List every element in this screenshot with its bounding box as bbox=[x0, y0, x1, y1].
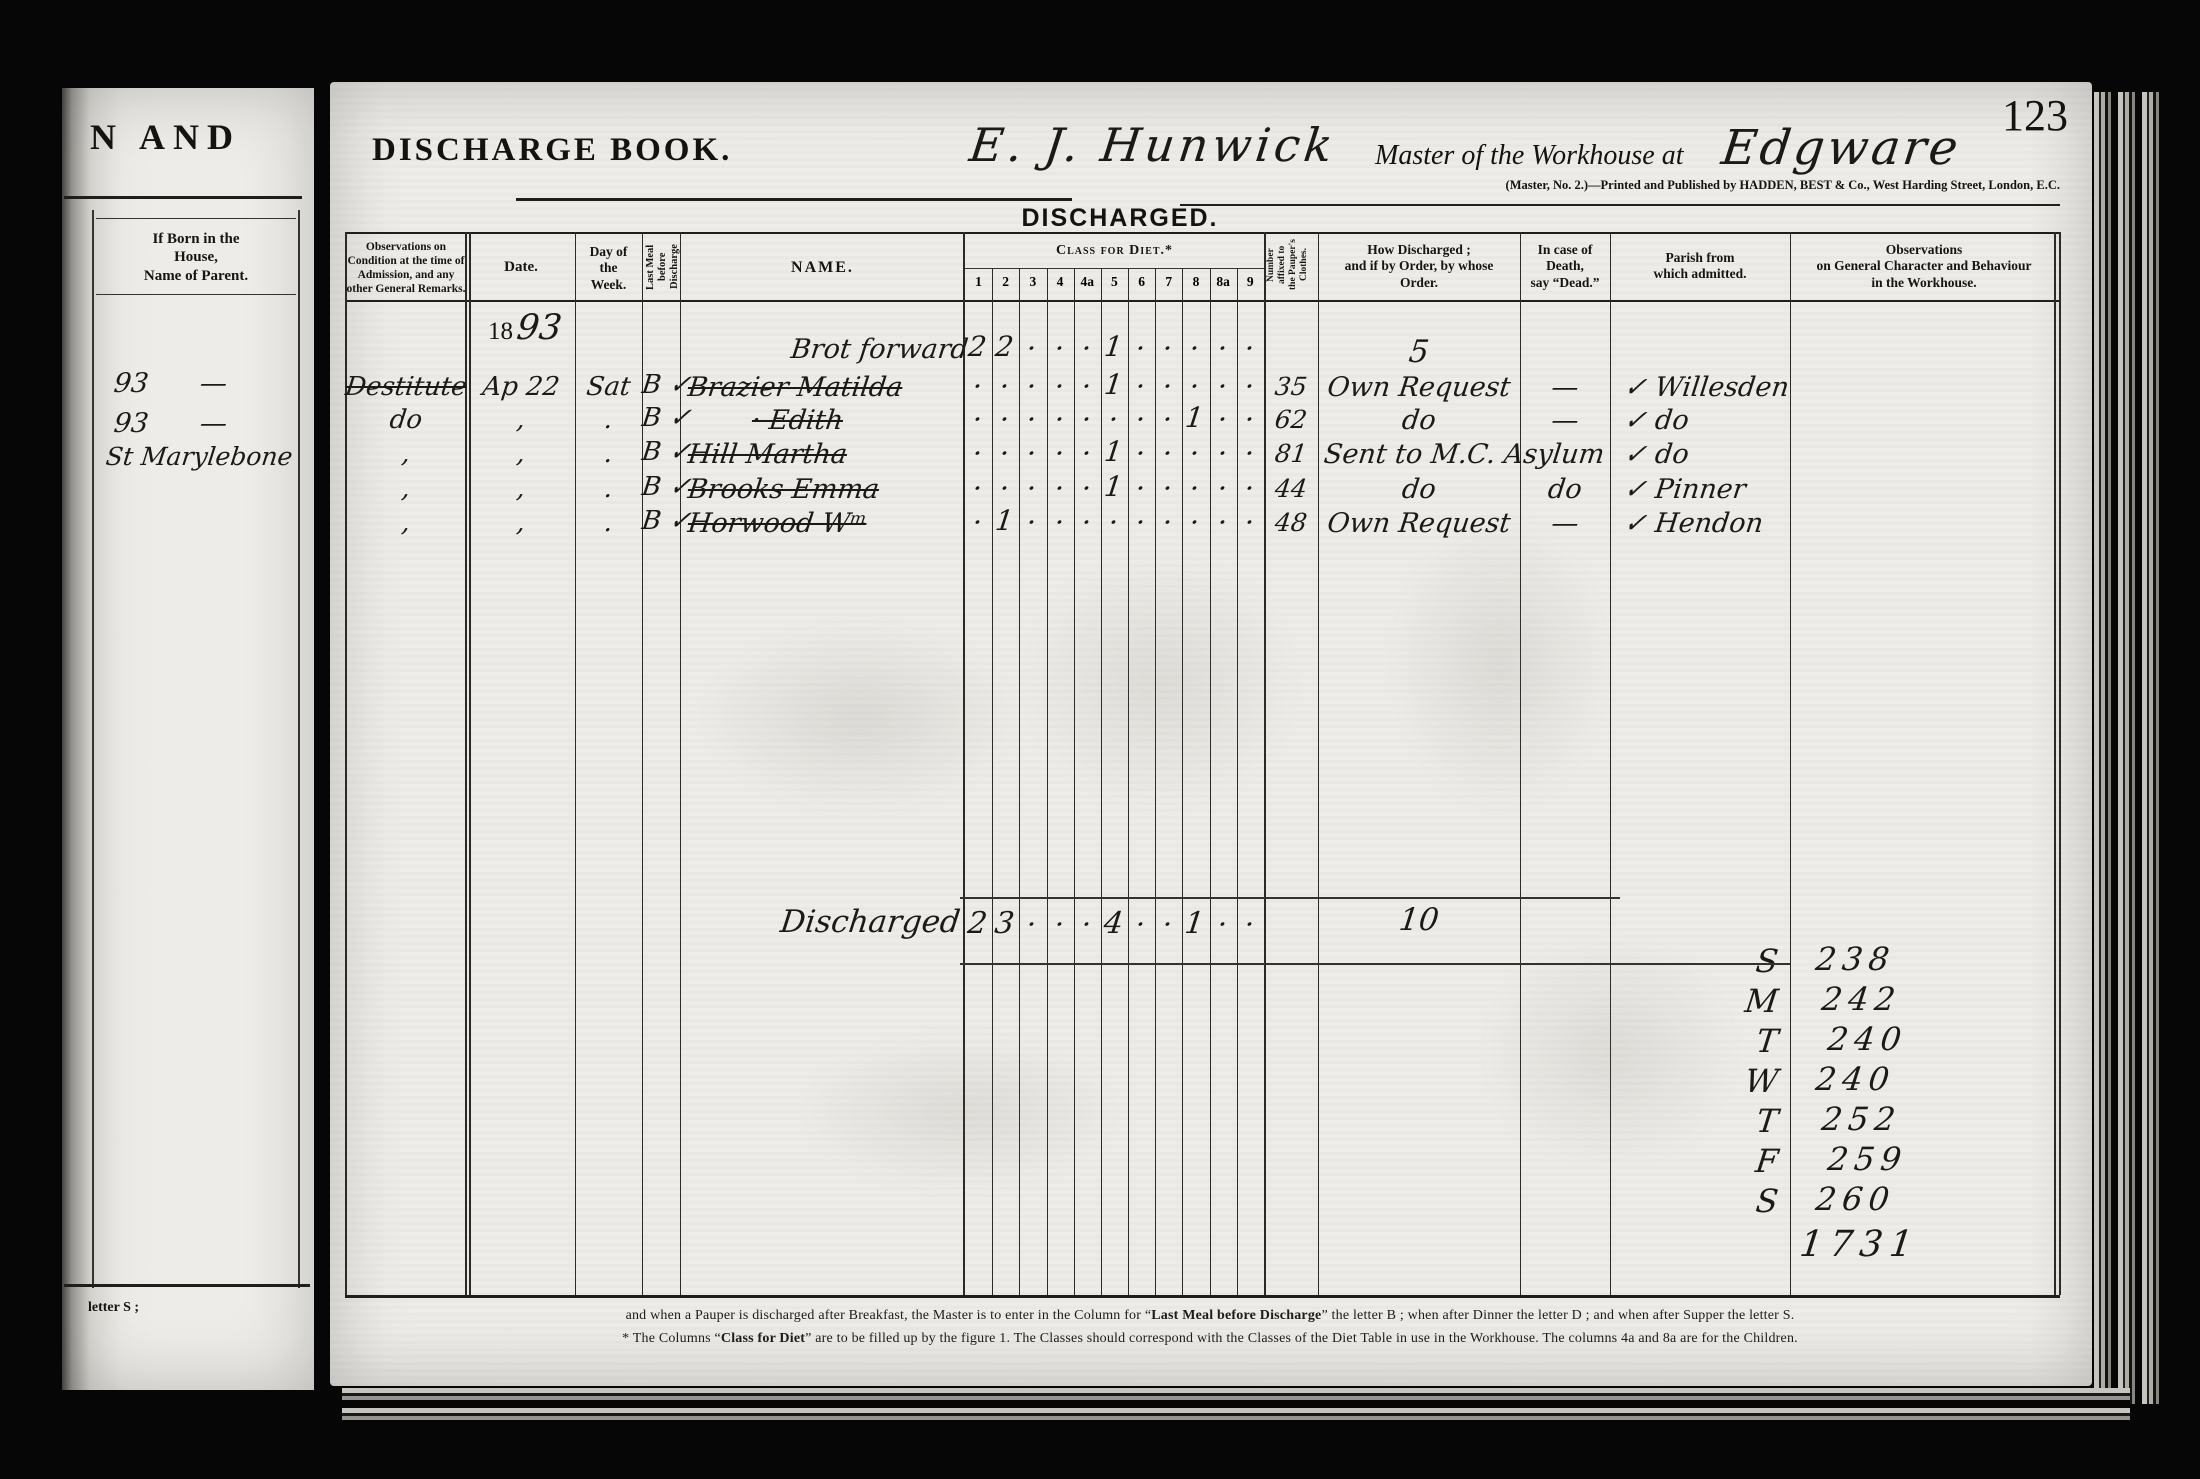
row-4-diet-5: 1 bbox=[1098, 470, 1129, 503]
row-4-diet-4a: · bbox=[1071, 476, 1101, 500]
page-stack-bottom-edge bbox=[342, 1388, 2130, 1422]
row-3-diet-4a: · bbox=[1071, 441, 1101, 465]
footnote-text: and when a Pauper is discharged after Br… bbox=[626, 1308, 1152, 1323]
row-1-diet-5: 1 bbox=[1098, 368, 1129, 401]
col-header-parish: Parish from which admitted. bbox=[1610, 250, 1790, 283]
row-1-parish: ✓ Willesden bbox=[1622, 372, 1791, 403]
discharged-section-title: DISCHARGED. bbox=[330, 204, 1910, 233]
row-1-diet-7: · bbox=[1153, 374, 1183, 398]
row-3-diet-6: · bbox=[1126, 441, 1156, 465]
row-4-name: Brooks Emma bbox=[680, 474, 970, 505]
header-rule-left bbox=[516, 198, 1072, 201]
scanned-ledger-spread: N AND If Born in the House, Name of Pare… bbox=[0, 0, 2200, 1479]
tally-day-1: M bbox=[1686, 982, 1781, 1020]
row-4-observations: , bbox=[343, 474, 469, 504]
row-5-diet-8a: · bbox=[1207, 510, 1237, 534]
row-5-diet-1: · bbox=[963, 510, 993, 534]
row-4-diet-1: · bbox=[963, 476, 993, 500]
footnote-line-1: and when a Pauper is discharged after Br… bbox=[360, 1308, 2060, 1324]
row-5-diet-8: · bbox=[1180, 510, 1210, 534]
row-1-diet-8a: · bbox=[1207, 374, 1237, 398]
row-5-diet-4: · bbox=[1044, 510, 1074, 534]
row-4-how-discharged: do bbox=[1316, 474, 1522, 505]
row-1-diet-6: · bbox=[1126, 374, 1156, 398]
left-page-title-fragment: N AND bbox=[90, 116, 241, 158]
row-0-diet-1: 2 bbox=[962, 330, 993, 363]
row-0-diet-8: · bbox=[1180, 336, 1210, 360]
diet-subheader-rule bbox=[965, 268, 1264, 269]
row-2-how-discharged: do bbox=[1316, 405, 1522, 436]
left-entry-0-text: 93 bbox=[112, 368, 150, 399]
diet-class-header: 6 bbox=[1128, 274, 1155, 290]
table-vertical-line bbox=[1790, 232, 1791, 1295]
row-4-diet-8: · bbox=[1180, 476, 1210, 500]
row-0-diet-6: · bbox=[1126, 336, 1156, 360]
footnote-text: * The Columns “ bbox=[622, 1331, 721, 1346]
left-entry-2-text: St Marylebone bbox=[104, 442, 294, 471]
left-page-col-line-left bbox=[92, 210, 94, 1288]
row-4-last-meal: B ✓ bbox=[640, 472, 682, 502]
row-4-diet-6: · bbox=[1126, 476, 1156, 500]
row-5-last-meal: B ✓ bbox=[640, 506, 682, 536]
discharge-book-title: DISCHARGE BOOK. bbox=[372, 132, 732, 169]
row-3-diet-1: · bbox=[963, 441, 993, 465]
summary-diet-7: · bbox=[1153, 912, 1183, 936]
bleed-through-smudge bbox=[800, 1032, 1120, 1192]
table-vertical-line bbox=[1610, 232, 1611, 1295]
row-5-diet-7: · bbox=[1153, 510, 1183, 534]
tally-day-6: S bbox=[1686, 1182, 1781, 1220]
row-0-how-discharged: 5 bbox=[1316, 334, 1522, 370]
row-0-name: Brot forward bbox=[680, 334, 970, 365]
row-5-observations: , bbox=[343, 508, 469, 538]
diet-class-header: 3 bbox=[1019, 274, 1046, 290]
row-3-observations: , bbox=[343, 439, 469, 469]
row-4-day: . bbox=[573, 474, 644, 504]
row-2-date: , bbox=[465, 405, 577, 435]
left-page-col-line-right bbox=[298, 210, 300, 1288]
row-2-death: — bbox=[1518, 405, 1612, 436]
row-5-diet-4a: · bbox=[1071, 510, 1101, 534]
footnote-bold-term: Class for Diet bbox=[721, 1331, 805, 1346]
row-5-parish: ✓ Hendon bbox=[1622, 508, 1765, 539]
row-3-clothes-number: 81 bbox=[1262, 439, 1320, 468]
row-1-diet-1: · bbox=[963, 374, 993, 398]
row-2-parish: ✓ do bbox=[1622, 405, 1691, 436]
tally-value-0: 238 bbox=[1814, 940, 1898, 978]
col-header-name: NAME. bbox=[680, 258, 965, 278]
footnote-text: ” the letter B ; when after Dinner the l… bbox=[1321, 1308, 1794, 1323]
row-2-diet-2: · bbox=[990, 407, 1020, 431]
col-header-in-case-of-death: In case of Death, say “Dead.” bbox=[1520, 242, 1610, 291]
tally-value-3: 240 bbox=[1814, 1060, 1898, 1098]
row-1-name: Brazier Matilda bbox=[680, 372, 970, 403]
col-header-class-for-diet: Class for Diet.* bbox=[965, 242, 1264, 259]
row-4-diet-7: · bbox=[1153, 476, 1183, 500]
tally-value-6: 260 bbox=[1814, 1180, 1898, 1218]
page-number: 123 bbox=[2002, 90, 2068, 141]
row-4-diet-3: · bbox=[1017, 476, 1047, 500]
row-2-diet-1: · bbox=[963, 407, 993, 431]
col-header-number-affixed: Number affixed to the Pauper's Clothes. bbox=[1266, 232, 1316, 298]
right-page: DISCHARGE BOOK. E. J. Hunwick Master of … bbox=[330, 82, 2092, 1386]
tally-value-4: 252 bbox=[1820, 1100, 1904, 1138]
row-2-day: . bbox=[573, 405, 644, 435]
tally-day-4: T bbox=[1686, 1102, 1781, 1140]
row-3-diet-9: · bbox=[1234, 441, 1264, 465]
row-3-diet-4: · bbox=[1044, 441, 1074, 465]
row-1-death: — bbox=[1518, 372, 1612, 403]
footnotes: and when a Pauper is discharged after Br… bbox=[360, 1308, 2060, 1354]
summary-diet-8a: · bbox=[1207, 912, 1237, 936]
diet-class-header: 2 bbox=[992, 274, 1019, 290]
row-3-parish: ✓ do bbox=[1622, 439, 1691, 470]
diet-class-header: 8 bbox=[1182, 274, 1209, 290]
master-of-workhouse-label: Master of the Workhouse at bbox=[1375, 140, 1684, 172]
row-4-diet-8a: · bbox=[1207, 476, 1237, 500]
row-5-day: . bbox=[573, 508, 644, 538]
summary-diet-6: · bbox=[1126, 912, 1156, 936]
row-3-date: , bbox=[465, 439, 577, 469]
left-entry-0-dash: — bbox=[198, 368, 229, 399]
row-0-diet-8a: · bbox=[1207, 336, 1237, 360]
row-3-diet-8: · bbox=[1180, 441, 1210, 465]
row-4-diet-2: · bbox=[990, 476, 1020, 500]
left-page-column-header: If Born in the House, Name of Parent. bbox=[98, 230, 294, 285]
row-3-diet-5: 1 bbox=[1098, 435, 1129, 468]
row-1-last-meal: B ✓ bbox=[640, 370, 682, 400]
row-5-date: , bbox=[465, 508, 577, 538]
row-1-day: Sat bbox=[573, 372, 644, 402]
col-header-general-observations: Observations on General Character and Be… bbox=[1790, 242, 2058, 291]
footnote-text: ” are to be filled up by the figure 1. T… bbox=[805, 1331, 1798, 1346]
row-2-diet-5: · bbox=[1098, 407, 1128, 431]
row-5-diet-2: 1 bbox=[989, 504, 1020, 537]
tally-day-0: S bbox=[1686, 942, 1781, 980]
row-2-diet-9: · bbox=[1234, 407, 1264, 431]
row-3-diet-8a: · bbox=[1207, 441, 1237, 465]
diet-class-header: 5 bbox=[1101, 274, 1128, 290]
row-5-diet-3: · bbox=[1017, 510, 1047, 534]
tally-value-5: 259 bbox=[1826, 1140, 1910, 1178]
col-header-last-meal: Last Meal before Discharge bbox=[645, 236, 679, 298]
col-header-date: Date. bbox=[467, 258, 575, 276]
summary-diet-8: 1 bbox=[1179, 906, 1210, 941]
row-2-last-meal: B ✓ bbox=[640, 403, 682, 433]
row-1-date: Ap 22 bbox=[465, 372, 577, 402]
row-4-parish: ✓ Pinner bbox=[1622, 474, 1747, 505]
summary-total: 10 bbox=[1316, 902, 1522, 938]
row-1-diet-2: · bbox=[990, 374, 1020, 398]
diet-class-header: 7 bbox=[1155, 274, 1182, 290]
row-5-death: — bbox=[1518, 508, 1612, 539]
row-4-date: , bbox=[465, 474, 577, 504]
row-1-observations: Destitute bbox=[343, 372, 469, 402]
left-page-bottom-rule bbox=[64, 1284, 310, 1287]
row-2-diet-8a: · bbox=[1207, 407, 1237, 431]
tally-value-1: 242 bbox=[1820, 980, 1904, 1018]
year-printed: 18 bbox=[488, 318, 513, 346]
row-0-diet-2: 2 bbox=[989, 330, 1020, 363]
row-5-how-discharged: Own Request bbox=[1316, 508, 1522, 539]
left-entry-1-dash: — bbox=[198, 408, 229, 439]
left-page-colhead-bottom bbox=[96, 294, 296, 295]
row-2-diet-6: · bbox=[1126, 407, 1156, 431]
diet-class-header: 1 bbox=[965, 274, 992, 290]
table-bottom-rule bbox=[345, 1295, 2060, 1298]
row-2-diet-3: · bbox=[1017, 407, 1047, 431]
col-header-how-discharged: How Discharged ; and if by Order, by who… bbox=[1318, 242, 1520, 291]
summary-diet-4: · bbox=[1044, 912, 1074, 936]
summary-diet-9: · bbox=[1234, 912, 1264, 936]
row-2-observations: do bbox=[343, 405, 469, 435]
row-4-diet-9: · bbox=[1234, 476, 1264, 500]
row-2-diet-4: · bbox=[1044, 407, 1074, 431]
summary-diet-4a: · bbox=[1071, 912, 1101, 936]
row-1-diet-4a: · bbox=[1071, 374, 1101, 398]
diet-class-header: 9 bbox=[1237, 274, 1264, 290]
tally-total: 1731 bbox=[1797, 1224, 1922, 1265]
table-vertical-line bbox=[2054, 232, 2056, 1295]
imprint: (Master, No. 2.)—Printed and Published b… bbox=[1180, 178, 2060, 193]
tally-day-2: T bbox=[1686, 1022, 1781, 1060]
tally-day-3: W bbox=[1686, 1062, 1781, 1100]
row-2-diet-8: 1 bbox=[1179, 401, 1210, 434]
bleed-through-smudge bbox=[1390, 512, 1610, 812]
row-0-diet-4: · bbox=[1044, 336, 1074, 360]
row-5-diet-5: · bbox=[1098, 510, 1128, 534]
diet-class-header: 4 bbox=[1047, 274, 1074, 290]
row-1-diet-3: · bbox=[1017, 374, 1047, 398]
row-3-name: Hill Martha bbox=[680, 439, 970, 470]
summary-label: Discharged bbox=[708, 904, 962, 940]
col-header-day-of-week: Day of the Week. bbox=[575, 244, 642, 293]
summary-diet-5: 4 bbox=[1098, 906, 1129, 941]
row-5-diet-6: · bbox=[1126, 510, 1156, 534]
col-header-observations: Observations on Condition at the time of… bbox=[345, 240, 467, 296]
summary-diet-3: · bbox=[1017, 912, 1047, 936]
row-3-day: . bbox=[573, 439, 644, 469]
diet-class-header: 8a bbox=[1210, 274, 1237, 290]
tally-value-2: 240 bbox=[1826, 1020, 1910, 1058]
row-0-diet-4a: · bbox=[1071, 336, 1101, 360]
row-3-diet-2: · bbox=[990, 441, 1020, 465]
left-page-colhead-top bbox=[96, 218, 296, 219]
left-entry-1-text: 93 bbox=[112, 408, 150, 439]
row-4-clothes-number: 44 bbox=[1262, 474, 1320, 503]
footnote-bold-term: Last Meal before Discharge bbox=[1151, 1308, 1321, 1323]
workhouse-name: Edgware bbox=[1719, 120, 1964, 176]
page-stack-right-edge bbox=[2094, 92, 2162, 1404]
diet-class-header: 4a bbox=[1074, 274, 1101, 290]
left-page: N AND If Born in the House, Name of Pare… bbox=[62, 88, 314, 1390]
row-3-how-discharged: Sent to M.C. Asylum bbox=[1322, 439, 1606, 470]
row-5-name: Horwood Wᵐ bbox=[680, 508, 970, 539]
row-0-diet-7: · bbox=[1153, 336, 1183, 360]
table-header-bottom-rule bbox=[345, 300, 2060, 302]
row-1-diet-8: · bbox=[1180, 374, 1210, 398]
row-4-diet-4: · bbox=[1044, 476, 1074, 500]
table-top-rule bbox=[345, 232, 2060, 234]
row-3-diet-3: · bbox=[1017, 441, 1047, 465]
row-5-clothes-number: 48 bbox=[1262, 508, 1320, 537]
left-page-header-rule bbox=[64, 196, 302, 199]
row-2-diet-7: · bbox=[1153, 407, 1183, 431]
row-0-diet-9: · bbox=[1234, 336, 1264, 360]
row-1-diet-9: · bbox=[1234, 374, 1264, 398]
row-3-last-meal: B ✓ bbox=[640, 437, 682, 467]
left-page-footnote-fragment: letter S ; bbox=[88, 1300, 139, 1316]
summary-rule-bottom bbox=[960, 963, 1790, 965]
table-vertical-line bbox=[2059, 232, 2061, 1295]
summary-rule-top bbox=[960, 897, 1620, 899]
footnote-line-2: * The Columns “Class for Diet” are to be… bbox=[360, 1331, 2060, 1347]
row-0-diet-5: 1 bbox=[1098, 330, 1129, 363]
row-1-clothes-number: 35 bbox=[1262, 372, 1320, 401]
row-5-diet-9: · bbox=[1234, 510, 1264, 534]
row-2-diet-4a: · bbox=[1071, 407, 1101, 431]
row-0-diet-3: · bbox=[1017, 336, 1047, 360]
year-written: 93 bbox=[515, 308, 564, 348]
row-3-diet-7: · bbox=[1153, 441, 1183, 465]
bleed-through-smudge bbox=[1020, 552, 1300, 812]
row-1-diet-4: · bbox=[1044, 374, 1074, 398]
master-signature: E. J. Hunwick bbox=[967, 118, 1340, 172]
bleed-through-smudge bbox=[700, 622, 1020, 812]
row-2-clothes-number: 62 bbox=[1262, 405, 1320, 434]
row-4-death: do bbox=[1518, 474, 1612, 505]
tally-day-5: F bbox=[1686, 1142, 1781, 1180]
row-1-how-discharged: Own Request bbox=[1316, 372, 1522, 403]
